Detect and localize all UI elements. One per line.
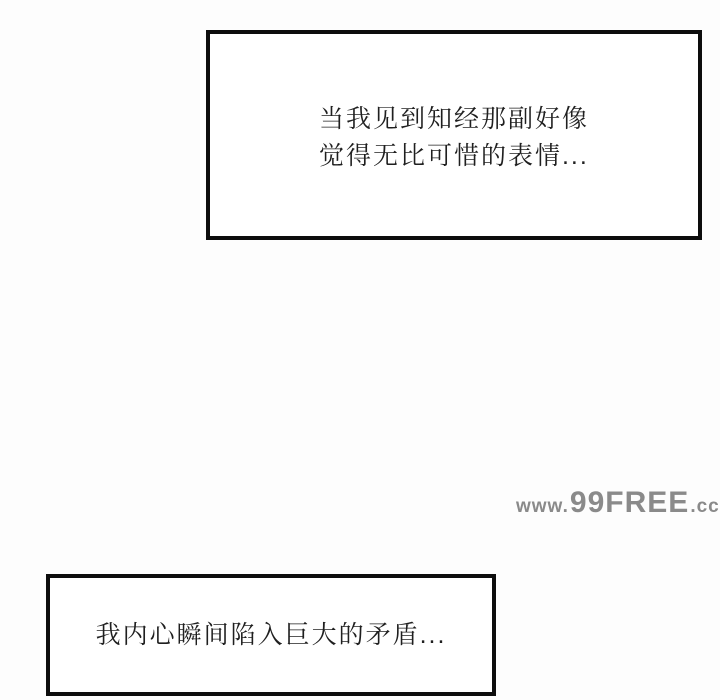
watermark-suffix: .cc [690,496,719,518]
watermark-brand: 99FREE [570,486,689,520]
caption-top-line-1: 当我见到知经那副好像 [319,101,589,138]
caption-text-bottom: 我内心瞬间陷入巨大的矛盾... [96,617,447,654]
caption-top-line-2: 觉得无比可惜的表情... [319,138,589,175]
comic-page: 当我见到知经那副好像 觉得无比可惜的表情... www. 99FREE .cc … [0,0,720,700]
caption-box-bottom: 我内心瞬间陷入巨大的矛盾... [46,574,496,696]
watermark-prefix: www. [516,496,569,518]
watermark: www. 99FREE .cc [516,486,720,520]
caption-box-top: 当我见到知经那副好像 觉得无比可惜的表情... [206,30,702,240]
caption-text-top: 当我见到知经那副好像 觉得无比可惜的表情... [319,101,589,175]
